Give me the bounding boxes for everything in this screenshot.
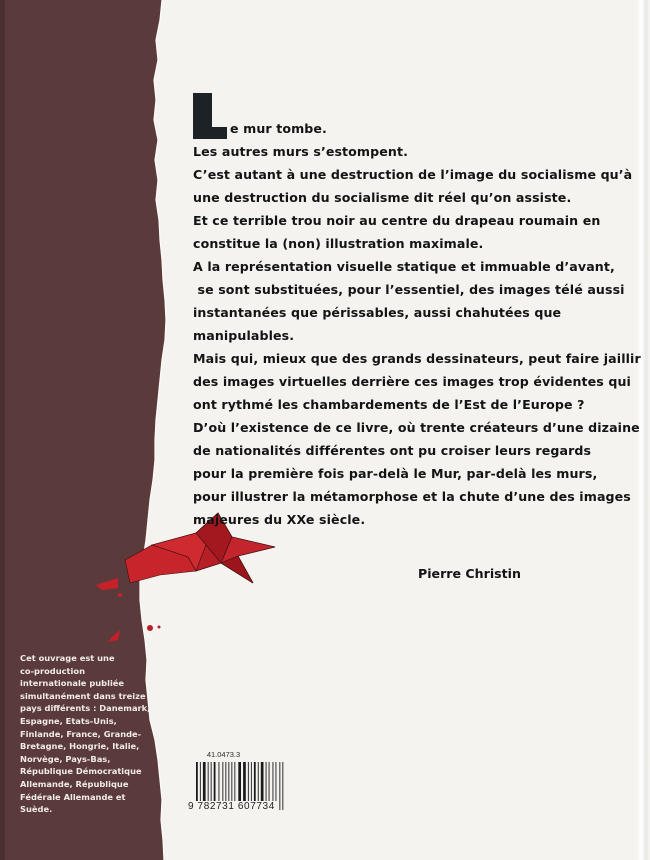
colophon-line: Fédérale Allemande et [20, 791, 150, 804]
text-line: pour illustrer la métamorphose et la chu… [193, 485, 613, 508]
dropcap-letter-l [193, 93, 212, 139]
first-line-text: e mur tombe. [230, 117, 327, 140]
colophon-line: simultanément dans treize [20, 690, 150, 703]
colophon-line: internationale publiée [20, 677, 150, 690]
text-line: C’est autant à une destruction de l’imag… [193, 163, 613, 186]
colophon-text: Cet ouvrage est une co-production intern… [20, 652, 150, 816]
colophon-line: Allemande, République [20, 778, 150, 791]
text-line: A la représentation visuelle statique et… [193, 255, 613, 278]
colophon-line: Suède. [20, 803, 150, 816]
text-line: instantanées que périssables, aussi chah… [193, 301, 613, 324]
text-line: constitue la (non) illustration maximale… [193, 232, 613, 255]
text-line: Et ce terrible trou noir au centre du dr… [193, 209, 613, 232]
text-line: Les autres murs s’estompent. [193, 140, 613, 163]
text-line: pour la première fois par-delà le Mur, p… [193, 462, 613, 485]
first-line: e mur tombe. [193, 117, 613, 140]
colophon-line: co-production [20, 665, 150, 678]
text-line: manipulables. [193, 324, 613, 347]
colophon-line: Espagne, Etats-Unis, [20, 715, 150, 728]
barcode-code: 41.0473.3 [186, 750, 261, 759]
text-line: D’où l’existence de ce livre, où trente … [193, 416, 613, 439]
text-line: majeures du XXe siècle. [193, 508, 613, 531]
colophon-line: Norvège, Pays-Bas, [20, 753, 150, 766]
barcode-digits: 9 782731 607734 [188, 801, 277, 812]
colophon-line: Finlande, France, Grande- [20, 728, 150, 741]
preface-text: e mur tombe. Les autres murs s’estompent… [193, 117, 613, 531]
colophon-line: République Démocratique [20, 765, 150, 778]
text-line: Mais qui, mieux que des grands dessinate… [193, 347, 613, 370]
text-line: se sont substituées, pour l’essentiel, d… [193, 278, 613, 301]
text-line: une destruction du socialisme dit réel q… [193, 186, 613, 209]
colophon-line: Cet ouvrage est une [20, 652, 150, 665]
colophon-line: pays différents : Danemark, [20, 702, 150, 715]
author-signature: Pierre Christin [418, 566, 521, 581]
text-line: de nationalités différentes ont pu crois… [193, 439, 613, 462]
colophon-line: Bretagne, Hongrie, Italie, [20, 740, 150, 753]
text-line: ont rythmé les chambardements de l’Est d… [193, 393, 613, 416]
text-line: des images virtuelles derrière ces image… [193, 370, 613, 393]
